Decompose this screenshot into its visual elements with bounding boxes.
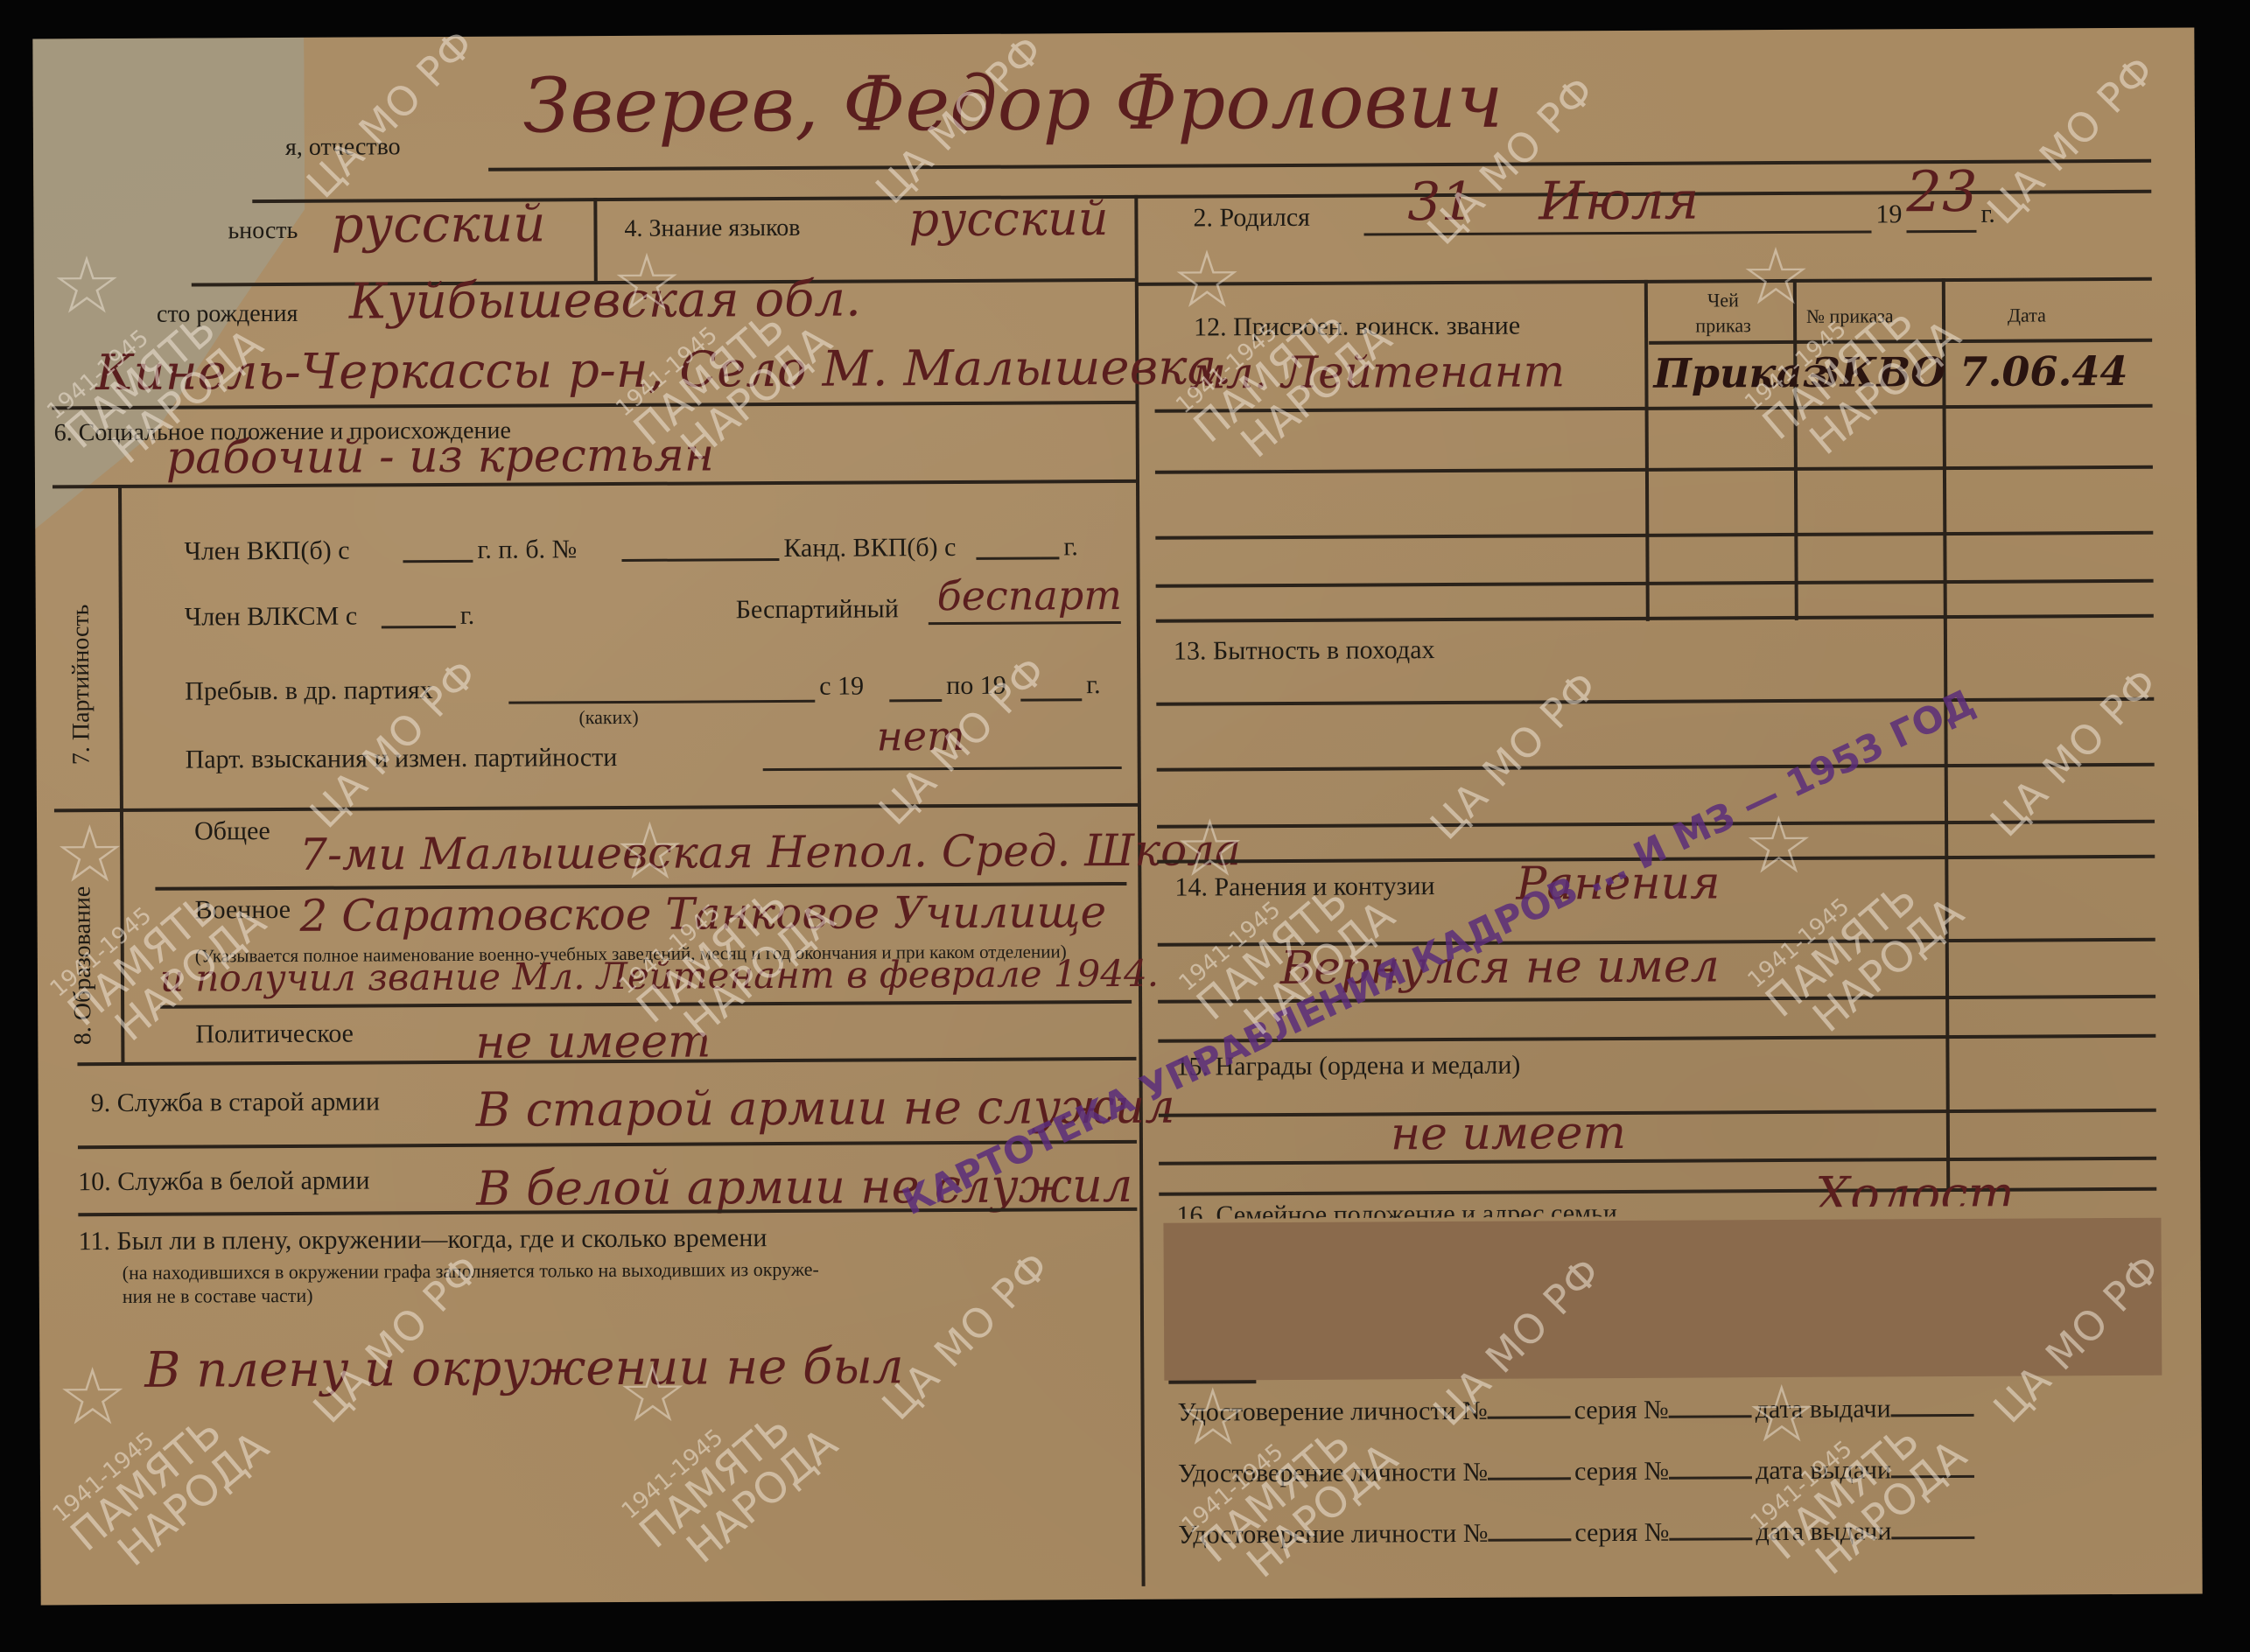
name-label: я, отчество	[285, 133, 401, 162]
white-army-label: 10. Служба в белой армии	[78, 1165, 370, 1197]
star-icon: ☆	[1174, 802, 1245, 894]
full-name: Зверев, Федор Фролович	[522, 58, 1503, 150]
campaigns-label: 13. Бытность в походах	[1174, 635, 1435, 667]
captivity-hint-2: ния не в составе части)	[123, 1284, 313, 1308]
star-icon: ☆	[1177, 1371, 1248, 1463]
table-divider	[1793, 279, 1798, 620]
other-party-from: с 19	[819, 672, 864, 702]
section-divider	[118, 485, 124, 1062]
birthplace-label: сто рождения	[157, 300, 298, 329]
rule	[1157, 763, 2155, 772]
other-party-label: Пребыв. в др. партиях	[185, 675, 433, 706]
nationality-value: русский	[331, 193, 545, 254]
political-edu-label: Политическое	[195, 1019, 354, 1050]
blank	[403, 560, 473, 563]
id-doc-series: серия №	[1574, 1457, 1669, 1487]
captivity-label: 11. Был ли в плену, окружении—когда, где…	[78, 1223, 767, 1256]
born-suffix: г.	[1980, 199, 1995, 229]
party-section-label: 7. Партийность	[67, 605, 96, 766]
blank	[621, 558, 779, 562]
rank-value: мл. Лейтенант	[1189, 346, 1565, 398]
star-icon: ☆	[1746, 1368, 1817, 1460]
vkp-member-label: Член ВКП(б) с	[184, 536, 349, 567]
star-icon: ☆	[57, 1351, 128, 1443]
general-edu-label: Общее	[194, 816, 270, 846]
blank	[1020, 698, 1082, 701]
id-doc-row: Удостоверение личности № серия № дата вы…	[1178, 1516, 1974, 1550]
languages-value: русский	[908, 191, 1109, 247]
blank	[1907, 230, 1977, 233]
general-edu-value: 7-ми Малышевская Непол. Сред. Школа	[299, 824, 1241, 880]
rule	[1156, 614, 2154, 623]
old-army-label: 9. Служба в старой армии	[91, 1087, 380, 1118]
rule	[1155, 404, 2153, 413]
blank	[508, 700, 815, 704]
watermark-camo: ЦА МО РФ	[1981, 659, 2168, 846]
vkp-member-suffix: г. п. б. №	[477, 535, 577, 565]
id-doc-label: Удостоверение личности №	[1178, 1519, 1488, 1550]
vlksm-suffix: г.	[460, 601, 475, 631]
rank-order-no: ЗКВО	[1811, 348, 1945, 396]
rule	[1156, 697, 2154, 706]
blank	[976, 556, 1059, 559]
captivity-hint-1: (на находившихся в окружении графа запол…	[123, 1258, 819, 1284]
born-day: 31	[1407, 171, 1475, 233]
other-party-hint: (каких)	[578, 706, 638, 729]
right-margin-divider	[1944, 615, 1950, 1053]
born-label: 2. Родился	[1193, 203, 1310, 234]
military-edu-value-2: и получил звание Мл. Лейтенант в феврале…	[160, 952, 1159, 1000]
rule	[1649, 339, 2152, 345]
star-icon: ☆	[52, 240, 123, 332]
born-month: Июля	[1539, 171, 1699, 233]
id-doc-date: дата выдачи	[1756, 1516, 1891, 1546]
vlksm-label: Член ВЛКСМ с	[185, 602, 358, 633]
blank	[382, 626, 456, 628]
star-icon: ☆	[614, 806, 685, 898]
blank	[889, 699, 942, 702]
other-party-to: по 19	[946, 671, 1006, 701]
table-divider	[1942, 278, 1947, 619]
nonparty-value: беспарт	[937, 571, 1122, 619]
table-divider	[1644, 280, 1650, 621]
redaction-block	[1163, 1218, 2162, 1381]
watermark-camo: ЦА МО РФ	[298, 20, 484, 207]
rule	[1155, 465, 2153, 474]
military-edu-value: 2 Саратовское Танковое Училище	[299, 886, 1106, 941]
star-icon: ☆	[1741, 231, 1812, 323]
registration-card: я, отчество Зверев, Федор Фролович ьност…	[32, 28, 2202, 1606]
awards-value: не имеет	[1391, 1107, 1626, 1160]
nonparty-label: Беспартийный	[736, 594, 899, 625]
nationality-label: ьность	[228, 217, 298, 245]
born-year: 23	[1906, 160, 1978, 225]
blank	[929, 621, 1121, 625]
rule	[1159, 1157, 2156, 1165]
born-century: 19	[1875, 199, 1902, 229]
social-value: рабочий - из крестьян	[166, 429, 715, 484]
penalties-value: нет	[876, 712, 964, 760]
watermark-camo: ЦА МО РФ	[1978, 46, 2164, 234]
rule	[1156, 579, 2154, 588]
id-doc-row: Удостоверение личности № серия № дата вы…	[1177, 1394, 1973, 1428]
star-icon: ☆	[1172, 234, 1243, 325]
rank-date: 7.06.44	[1959, 347, 2127, 395]
vkp-candidate-label: Канд. ВКП(б) с	[783, 533, 956, 563]
rule	[54, 803, 1139, 812]
rule	[160, 1000, 1132, 1009]
rule	[1159, 1109, 2156, 1117]
rule	[53, 401, 1138, 409]
star-icon: ☆	[617, 1348, 688, 1440]
vkp-candidate-suffix: г.	[1063, 532, 1078, 562]
military-edu-label: Военное	[194, 895, 291, 926]
id-doc-row: Удостоверение личности № серия № дата вы…	[1178, 1455, 1974, 1489]
rank-whose-order: Приказ	[1653, 349, 1828, 397]
id-doc-series: серия №	[1574, 1518, 1669, 1548]
col-date: Дата	[2008, 304, 2046, 326]
education-section-label: 8. Образование	[68, 886, 97, 1046]
watermark-camo: ЦА МО РФ	[873, 1242, 1059, 1429]
star-icon: ☆	[1743, 800, 1814, 892]
rule	[488, 159, 2151, 171]
rank-label: 12. Присвоен. воинск. звание	[1194, 311, 1520, 343]
star-icon: ☆	[54, 808, 125, 900]
id-doc-series: серия №	[1574, 1396, 1669, 1425]
divider	[593, 198, 597, 281]
birthplace-line1: Куйбышевская обл.	[349, 271, 861, 331]
other-party-suffix: г.	[1086, 670, 1101, 700]
col-order-no: № приказа	[1806, 304, 1894, 328]
family-value: Холост	[1815, 1166, 2015, 1224]
captivity-value: В плену и окружении не был	[144, 1338, 904, 1399]
penalties-label: Парт. взыскания и измен. партийности	[186, 743, 618, 775]
blank	[763, 766, 1122, 771]
watermark-camo: ЦА МО РФ	[1421, 661, 1608, 849]
rule	[1155, 531, 2153, 540]
birthplace-line2: Кинель-Черкассы р-н, Село М. Малышевка.	[95, 339, 1232, 402]
star-icon: ☆	[612, 237, 683, 329]
